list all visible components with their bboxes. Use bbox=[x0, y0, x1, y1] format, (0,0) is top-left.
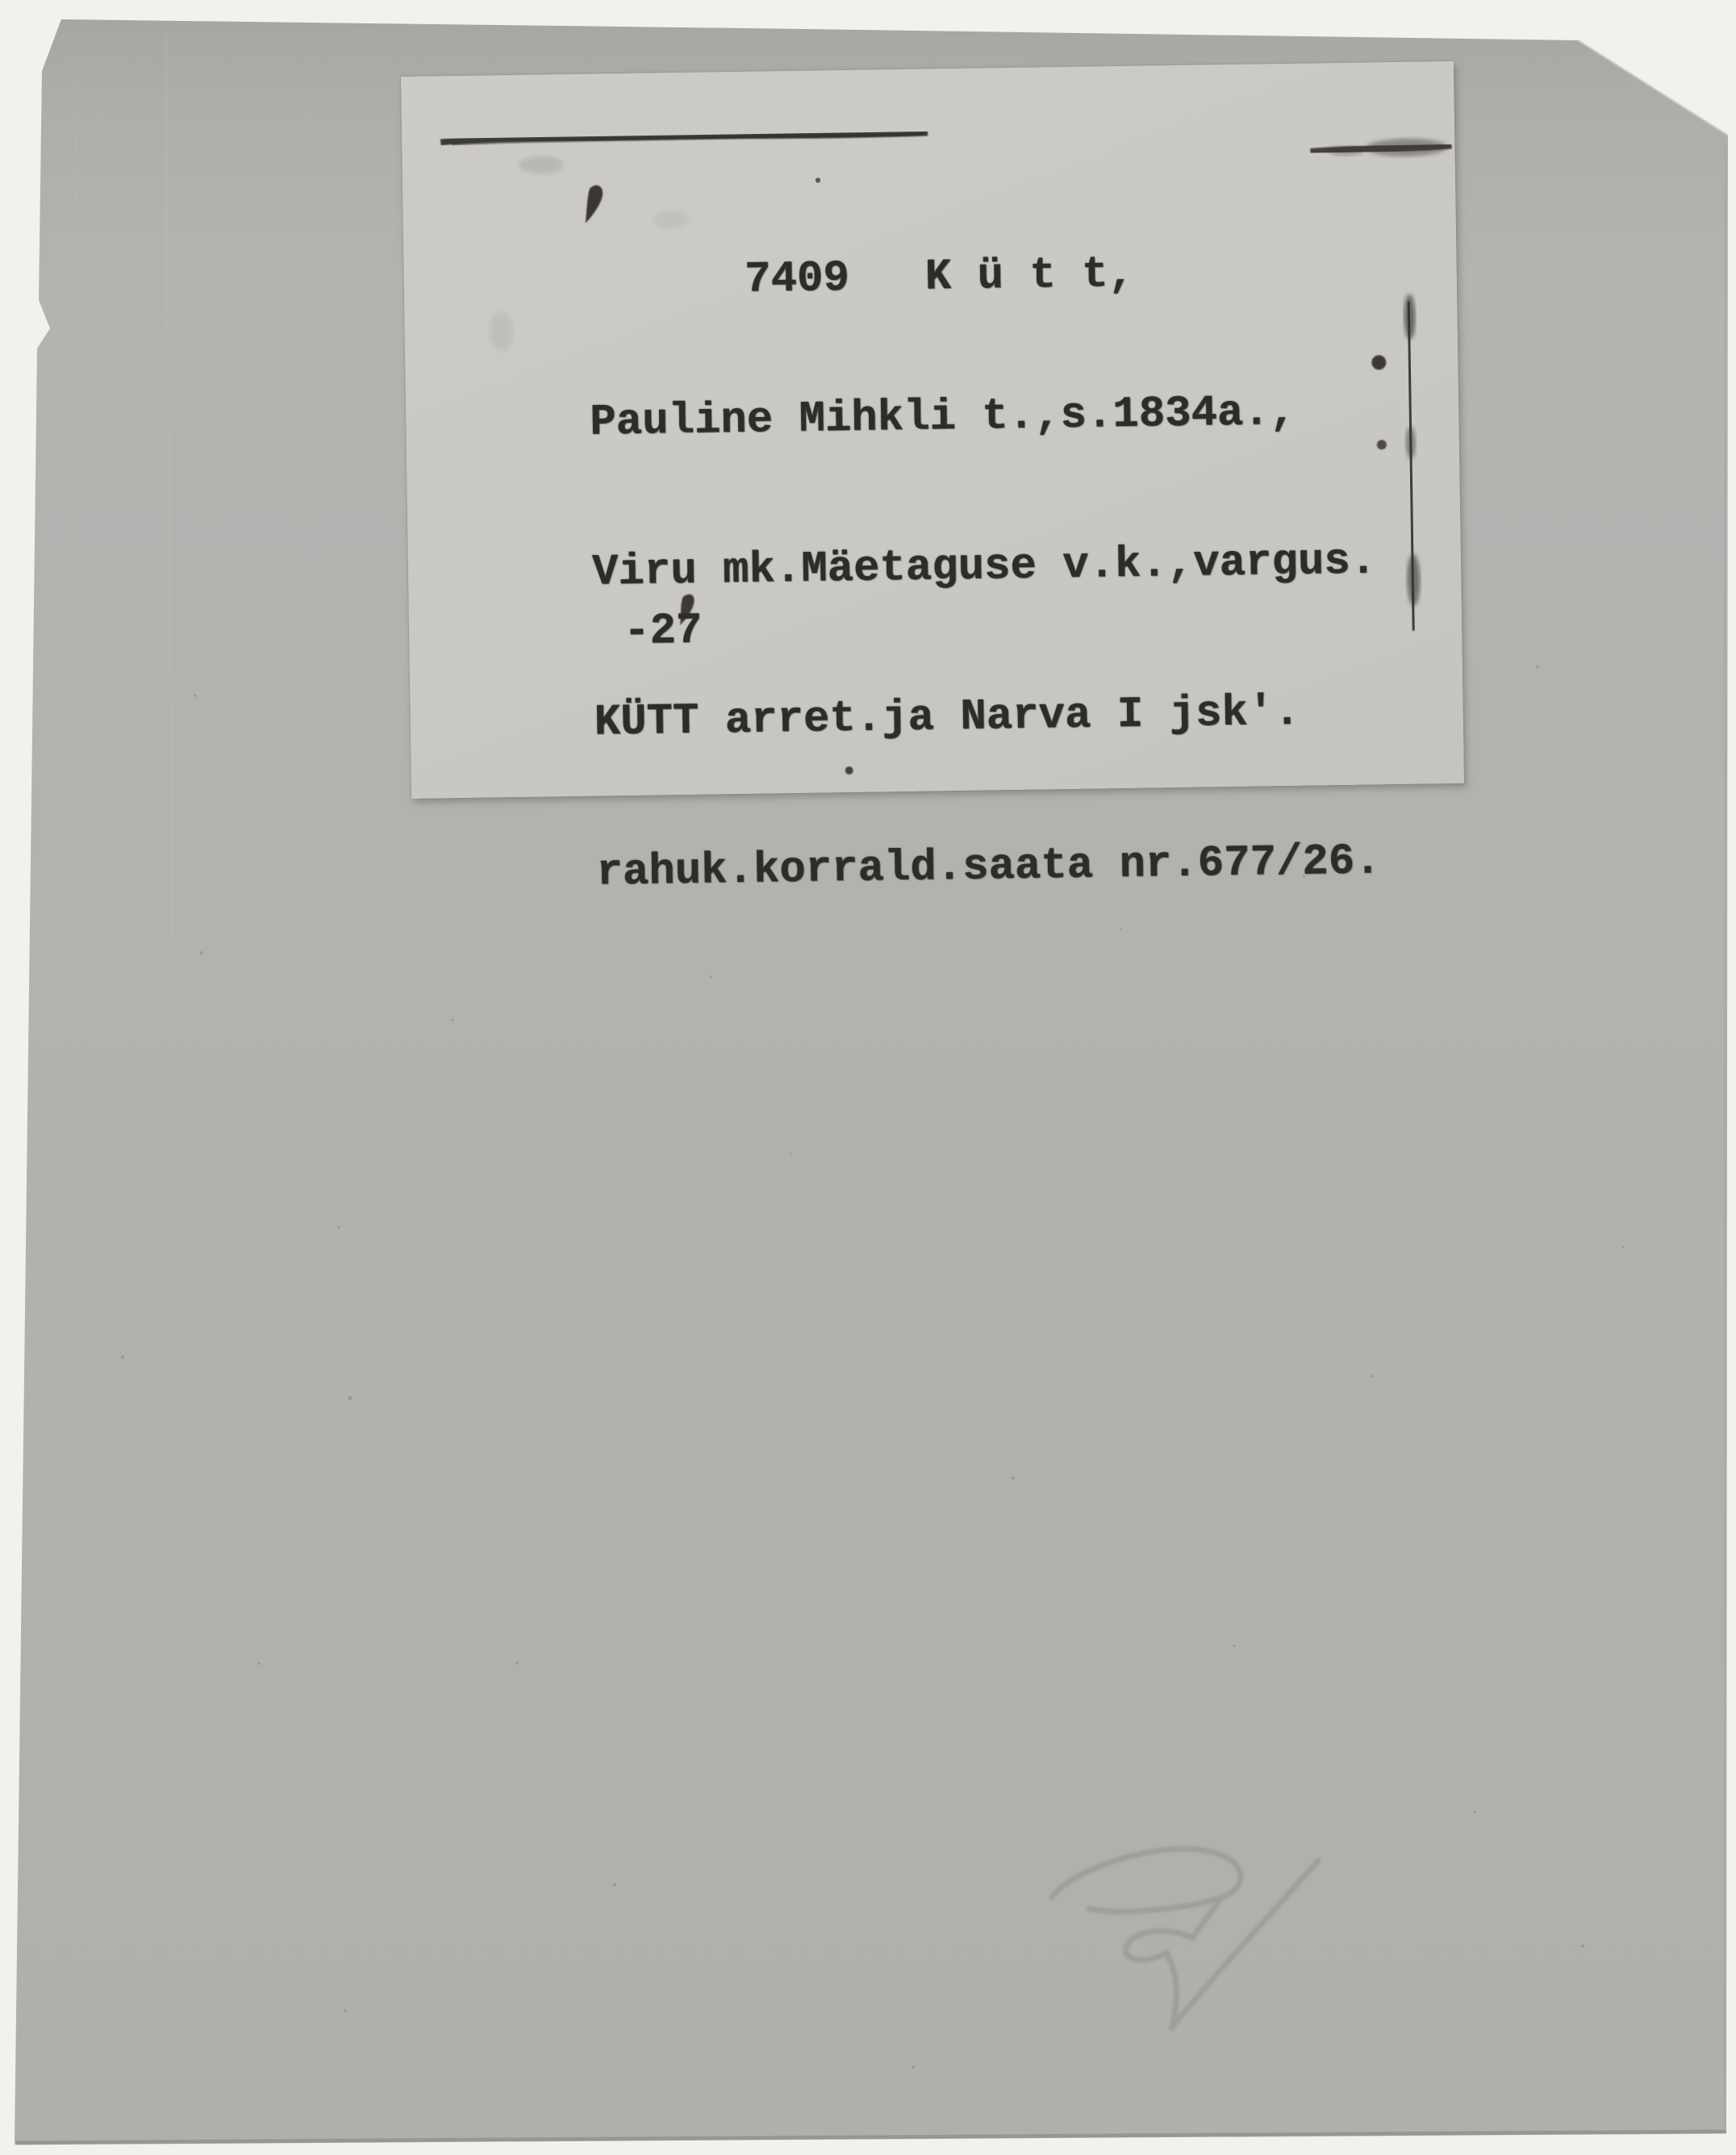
ink-blot bbox=[1377, 440, 1387, 449]
card-detail-line: Pauline Mihkli t.,s.1834a., bbox=[590, 386, 1375, 448]
card-year-note: -27 bbox=[624, 607, 703, 658]
ruled-line-top bbox=[440, 132, 928, 144]
ink-smudge bbox=[518, 156, 563, 174]
card-detail-line: Viru mk.Mäetaguse v.k.,vargus. bbox=[592, 537, 1377, 598]
ink-speck bbox=[816, 177, 820, 182]
card-smudge bbox=[489, 312, 514, 351]
ink-blot bbox=[1371, 355, 1386, 370]
sheet-right-edge-shadow bbox=[1725, 145, 1726, 2132]
vertical-ink-line bbox=[1403, 294, 1421, 631]
index-card: 7409K ü t t, Pauline Mihkli t.,s.1834a.,… bbox=[401, 61, 1464, 799]
card-detail-block: Pauline Mihkli t.,s.1834a., Viru mk.Mäet… bbox=[588, 286, 1383, 998]
scanned-document-page: 7409K ü t t, Pauline Mihkli t.,s.1834a.,… bbox=[0, 0, 1736, 2155]
card-detail-line: rahuk.korrald.saata nr.677/26. bbox=[596, 837, 1381, 898]
ruled-line-top-right bbox=[1310, 138, 1451, 158]
card-detail-line: KÜTT arret.ja Narva I jsk'. bbox=[594, 687, 1379, 748]
